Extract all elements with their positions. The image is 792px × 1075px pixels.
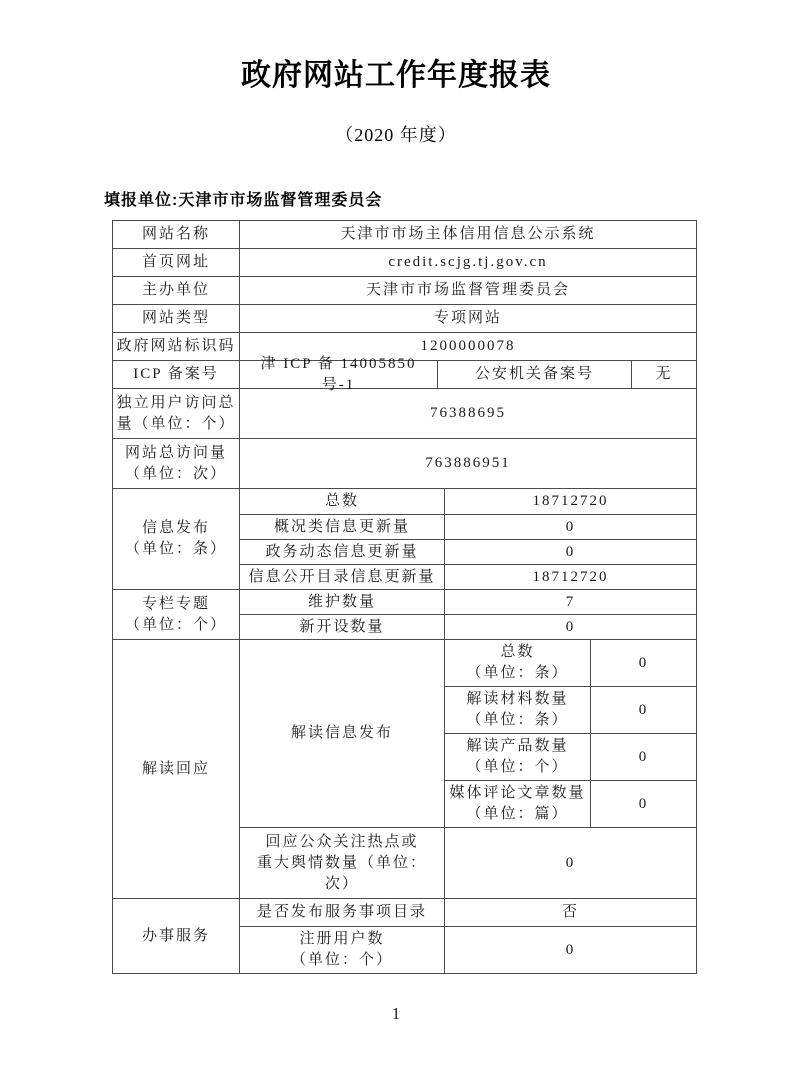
page-subtitle: （2020 年度）: [0, 124, 792, 146]
row-topics-maintained: 维护数量 7: [240, 590, 696, 615]
group-label: 解读回应: [113, 640, 240, 899]
row-unique-visitors: 独立用户访问总 量（单位：个） 76388695: [113, 389, 696, 439]
group-special-topics: 专栏专题 （单位：个） 维护数量 7 新开设数量 0: [113, 590, 696, 640]
row-topics-new: 新开设数量 0: [240, 615, 696, 640]
group-interpret-response: 解读回应 解读信息发布 总数 （单位：条） 0 解读材料数量 （单位：条） 0: [113, 640, 696, 899]
cell-label: ICP 备案号: [113, 361, 240, 389]
cell-value: 763886951: [240, 439, 696, 489]
cell-label: 首页网址: [113, 249, 240, 277]
cell-value: 天津市市场监督管理委员会: [240, 277, 696, 305]
cell-value: 76388695: [240, 389, 696, 439]
row-info-catalog: 信息公开目录信息更新量 18712720: [240, 565, 696, 590]
cell-label: 网站名称: [113, 221, 240, 249]
cell-security-value: 无: [632, 361, 696, 389]
cell-label: 是否发布服务事项目录: [240, 899, 445, 927]
cell-value: 0: [591, 687, 696, 734]
cell-label: 总数: [240, 489, 445, 515]
cell-value: 0: [591, 640, 696, 687]
group-service: 办事服务 是否发布服务事项目录 否 注册用户数 （单位：个） 0: [113, 899, 696, 973]
cell-label: 概况类信息更新量: [240, 515, 445, 540]
cell-value: 0: [445, 615, 696, 640]
row-hot-response: 回应公众关注热点或 重大舆情数量（单位： 次） 0: [240, 828, 696, 899]
group-info-publish: 信息发布 （单位：条） 总数 18712720 概况类信息更新量 0 政务动态信…: [113, 489, 696, 590]
cell-value: 0: [445, 828, 696, 899]
cell-label: 信息公开目录信息更新量: [240, 565, 445, 590]
cell-value: 0: [445, 540, 696, 565]
cell-value: 天津市市场主体信用信息公示系统: [240, 221, 696, 249]
row-interpret-products: 解读产品数量 （单位：个） 0: [445, 734, 696, 781]
row-total-visits: 网站总访问量 （单位：次） 763886951: [113, 439, 696, 489]
cell-label: 网站总访问量 （单位：次）: [113, 439, 240, 489]
cell-label: 总数 （单位：条）: [445, 640, 591, 687]
row-info-total: 总数 18712720: [240, 489, 696, 515]
cell-label: 新开设数量: [240, 615, 445, 640]
page-number: 1: [0, 1004, 792, 1024]
subgroup-rows: 总数 （单位：条） 0 解读材料数量 （单位：条） 0 解读产品数量 （单位：个…: [445, 640, 696, 828]
cell-label: 独立用户访问总 量（单位：个）: [113, 389, 240, 439]
group-label: 办事服务: [113, 899, 240, 973]
cell-label: 回应公众关注热点或 重大舆情数量（单位： 次）: [240, 828, 445, 899]
group-label: 专栏专题 （单位：个）: [113, 590, 240, 640]
cell-value: 7: [445, 590, 696, 615]
row-info-gov-news: 政务动态信息更新量 0: [240, 540, 696, 565]
cell-label: 网站类型: [113, 305, 240, 333]
cell-value: 0: [445, 515, 696, 540]
group-rows: 解读信息发布 总数 （单位：条） 0 解读材料数量 （单位：条） 0 解读产品数…: [240, 640, 696, 899]
row-sponsor-unit: 主办单位 天津市市场监督管理委员会: [113, 277, 696, 305]
cell-label: 政务动态信息更新量: [240, 540, 445, 565]
row-homepage-url: 首页网址 credit.scjg.tj.gov.cn: [113, 249, 696, 277]
cell-label: 政府网站标识码: [113, 333, 240, 361]
cell-value: 18712720: [445, 565, 696, 590]
annual-report-table: 网站名称 天津市市场主体信用信息公示系统 首页网址 credit.scjg.tj…: [112, 220, 697, 974]
cell-security-label: 公安机关备案号: [438, 361, 632, 389]
cell-value: 否: [445, 899, 696, 927]
row-icp-filing: ICP 备案号 津 ICP 备 14005850 号-1 公安机关备案号 无: [113, 361, 696, 389]
document-page: 政府网站工作年度报表 （2020 年度） 填报单位:天津市市场监督管理委员会 网…: [0, 0, 792, 1075]
cell-value: 0: [591, 734, 696, 781]
cell-label: 注册用户数 （单位：个）: [240, 927, 445, 973]
row-interpret-materials: 解读材料数量 （单位：条） 0: [445, 687, 696, 734]
cell-value: credit.scjg.tj.gov.cn: [240, 249, 696, 277]
cell-label: 维护数量: [240, 590, 445, 615]
cell-value: 0: [445, 927, 696, 973]
group-rows: 维护数量 7 新开设数量 0: [240, 590, 696, 640]
row-registered-users: 注册用户数 （单位：个） 0: [240, 927, 696, 973]
row-service-catalog: 是否发布服务事项目录 否: [240, 899, 696, 927]
cell-label: 解读产品数量 （单位：个）: [445, 734, 591, 781]
group-rows: 总数 18712720 概况类信息更新量 0 政务动态信息更新量 0 信息公开目…: [240, 489, 696, 590]
row-site-type: 网站类型 专项网站: [113, 305, 696, 333]
subgroup-label: 解读信息发布: [240, 640, 445, 828]
row-interpret-total: 总数 （单位：条） 0: [445, 640, 696, 687]
cell-icp-value: 津 ICP 备 14005850 号-1: [240, 361, 438, 389]
row-media-articles: 媒体评论文章数量 （单位：篇） 0: [445, 781, 696, 828]
reporting-unit-heading: 填报单位:天津市市场监督管理委员会: [104, 192, 792, 210]
group-label: 信息发布 （单位：条）: [113, 489, 240, 590]
cell-label: 媒体评论文章数量 （单位：篇）: [445, 781, 591, 828]
cell-label: 解读材料数量 （单位：条）: [445, 687, 591, 734]
cell-label: 主办单位: [113, 277, 240, 305]
cell-value: 18712720: [445, 489, 696, 515]
row-info-overview: 概况类信息更新量 0: [240, 515, 696, 540]
page-title: 政府网站工作年度报表: [0, 58, 792, 94]
cell-value: 专项网站: [240, 305, 696, 333]
subgroup-interpret-publish: 解读信息发布 总数 （单位：条） 0 解读材料数量 （单位：条） 0 解读产品数…: [240, 640, 696, 828]
row-site-name: 网站名称 天津市市场主体信用信息公示系统: [113, 221, 696, 249]
group-rows: 是否发布服务事项目录 否 注册用户数 （单位：个） 0: [240, 899, 696, 973]
cell-value: 0: [591, 781, 696, 828]
